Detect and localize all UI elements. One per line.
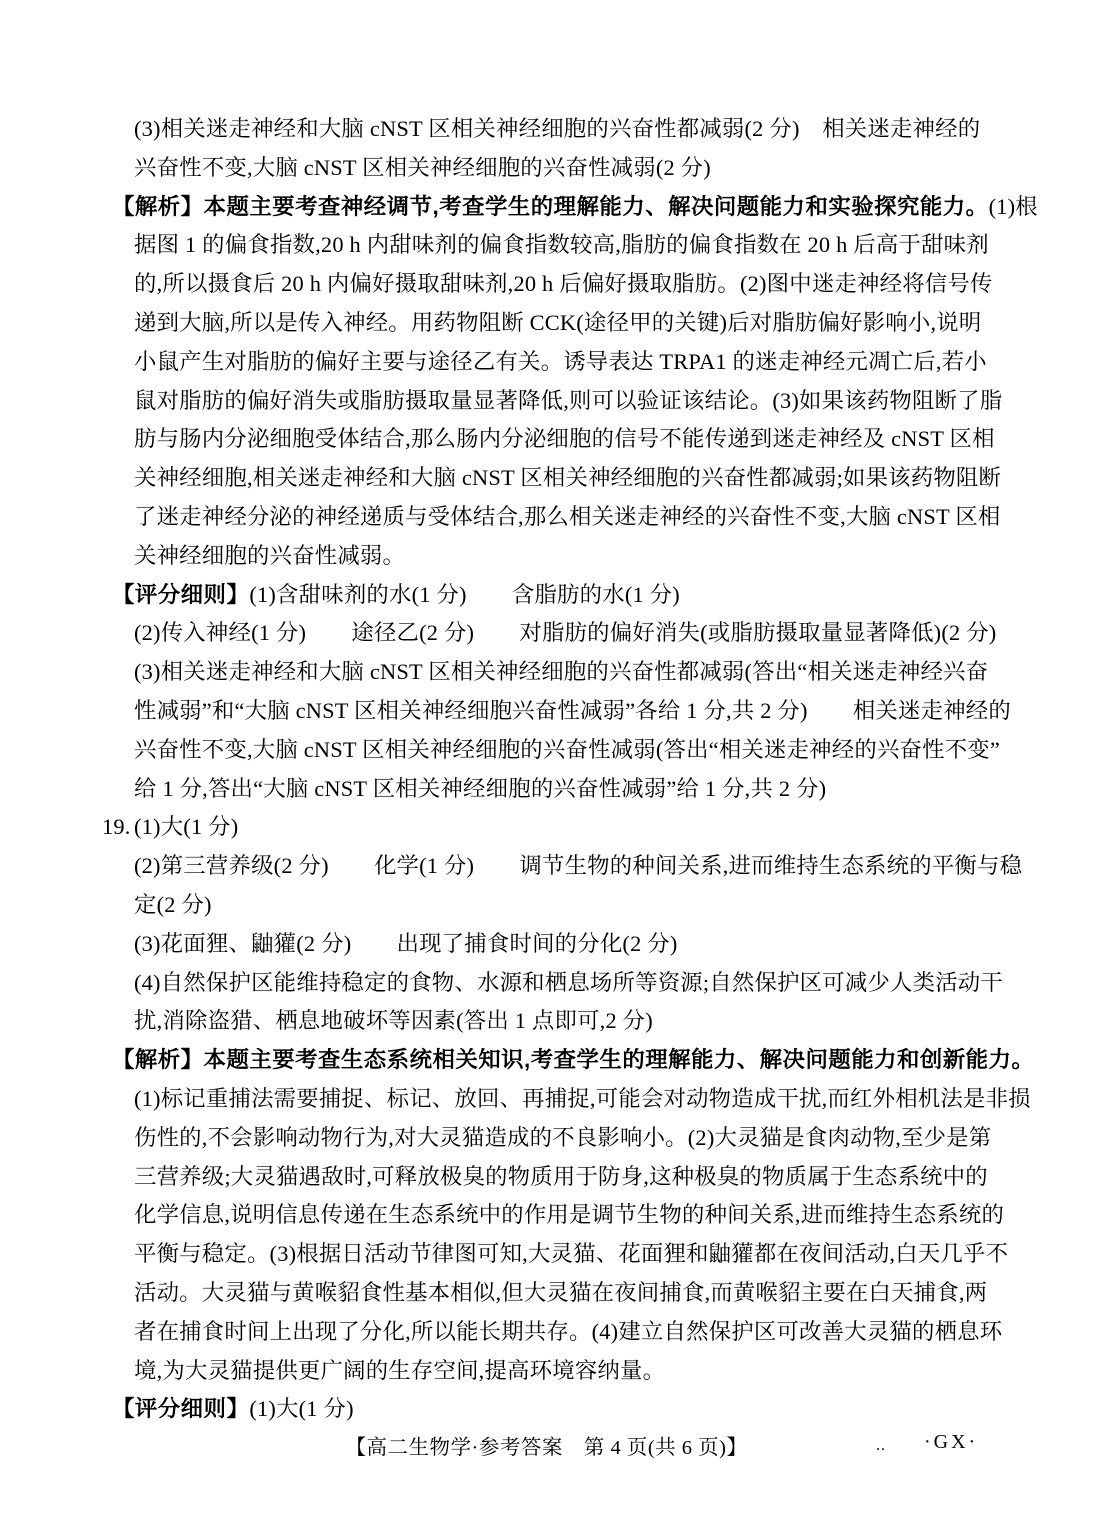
answer-text: 境,为大灵猫提供更广阔的生存空间,提高环境容纳量。 xyxy=(134,1358,665,1383)
footer-exam-code: ·GX· xyxy=(924,1431,978,1454)
text-line: (2)传入神经(1 分) 途径乙(2 分) 对脂肪的偏好消失(或脂肪摄取量显著降… xyxy=(134,614,996,653)
text-line: 境,为大灵猫提供更广阔的生存空间,提高环境容纳量。 xyxy=(134,1352,996,1391)
text-line: 平衡与稳定。(3)根据日活动节律图可知,大灵猫、花面狸和鼬獾都在夜间活动,白天几… xyxy=(134,1235,996,1274)
answer-text: (3)相关迷走神经和大脑 cNST 区相关神经细胞的兴奋性都减弱(2 分) 相关… xyxy=(134,116,980,141)
answer-text: 据图 1 的偏食指数,20 h 内甜味剂的偏食指数较高,脂肪的偏食指数在 20 … xyxy=(134,232,989,257)
footer-mark: .. xyxy=(876,1437,886,1455)
answer-text: 性减弱”和“大脑 cNST 区相关神经细胞兴奋性减弱”各给 1 分,共 2 分)… xyxy=(134,698,1011,723)
text-line: 19.(1)大(1 分) xyxy=(134,808,996,847)
answer-text: (2)第三营养级(2 分) 化学(1 分) 调节生物的种间关系,进而维持生态系统… xyxy=(134,853,1022,878)
text-line: 扰,消除盗猎、栖息地破坏等因素(答出 1 点即可,2 分) xyxy=(134,1002,996,1041)
answer-text: 活动。大灵猫与黄喉貂食性基本相似,但大灵猫在夜间捕食,而黄喉貂主要在白天捕食,两 xyxy=(134,1280,987,1305)
text-line: (2)第三营养级(2 分) 化学(1 分) 调节生物的种间关系,进而维持生态系统… xyxy=(134,847,996,886)
answer-text: 鼠对脂肪的偏好消失或脂肪摄取量显著降低,则可以验证该结论。(3)如果该药物阻断了… xyxy=(134,388,1002,413)
section-marker-text: 【评分细则】 xyxy=(112,582,249,607)
text-line: 【评分细则】(1)含甜味剂的水(1 分) 含脂肪的水(1 分) xyxy=(112,576,996,615)
text-line: 给 1 分,答出“大脑 cNST 区相关神经细胞的兴奋性减弱”给 1 分,共 2… xyxy=(134,770,996,809)
section-marker-text: 【解析】本题主要考查生态系统相关知识,考查学生的理解能力、解决问题能力和创新能力… xyxy=(112,1047,1034,1072)
text-line: 者在捕食时间上出现了分化,所以能长期共存。(4)建立自然保护区可改善大灵猫的栖息… xyxy=(134,1313,996,1352)
answer-text: 兴奋性不变,大脑 cNST 区相关神经细胞的兴奋性减弱(答出“相关迷走神经的兴奋… xyxy=(134,737,1000,762)
section-marker-text: 【解析】本题主要考查神经调节,考查学生的理解能力、解决问题能力和实验探究能力。 xyxy=(112,194,989,219)
text-line: 兴奋性不变,大脑 cNST 区相关神经细胞的兴奋性减弱(2 分) xyxy=(134,149,996,188)
text-line: (3)相关迷走神经和大脑 cNST 区相关神经细胞的兴奋性都减弱(2 分) 相关… xyxy=(134,110,996,149)
text-line: 三营养级;大灵猫遇敌时,可释放极臭的物质用于防身,这种极臭的物质属于生态系统中的 xyxy=(134,1158,996,1197)
answer-text: 伤性的,不会影响动物行为,对大灵猫造成的不良影响小。(2)大灵猫是食肉动物,至少… xyxy=(134,1125,991,1150)
answer-text: 给 1 分,答出“大脑 cNST 区相关神经细胞的兴奋性减弱”给 1 分,共 2… xyxy=(134,776,826,801)
answer-text: 肪与肠内分泌细胞受体结合,那么肠内分泌细胞的信号不能传递到迷走神经及 cNST … xyxy=(134,426,995,451)
text-line: 【评分细则】(1)大(1 分) xyxy=(112,1390,996,1429)
text-line: 关神经细胞的兴奋性减弱。 xyxy=(134,537,996,576)
answer-text: (4)自然保护区能维持稳定的食物、水源和栖息场所等资源;自然保护区可减少人类活动… xyxy=(134,970,1003,995)
text-line: 伤性的,不会影响动物行为,对大灵猫造成的不良影响小。(2)大灵猫是食肉动物,至少… xyxy=(134,1119,996,1158)
answer-text: 递到大脑,所以是传入神经。用药物阻断 CCK(途径甲的关键)后对脂肪偏好影响小,… xyxy=(134,310,981,335)
answer-text: (3)相关迷走神经和大脑 cNST 区相关神经细胞的兴奋性都减弱(答出“相关迷走… xyxy=(134,659,988,684)
text-line: 的,所以摄食后 20 h 内偏好摄取甜味剂,20 h 后偏好摄取脂肪。(2)图中… xyxy=(134,265,996,304)
page-body: (3)相关迷走神经和大脑 cNST 区相关神经细胞的兴奋性都减弱(2 分) 相关… xyxy=(134,110,996,1429)
text-line: 递到大脑,所以是传入神经。用药物阻断 CCK(途径甲的关键)后对脂肪偏好影响小,… xyxy=(134,304,996,343)
answer-text: (3)花面狸、鼬獾(2 分) 出现了捕食时间的分化(2 分) xyxy=(134,931,678,956)
answer-text: 小鼠产生对脂肪的偏好主要与途径乙有关。诱导表达 TRPA1 的迷走神经元凋亡后,… xyxy=(134,349,987,374)
text-line: 定(2 分) xyxy=(134,886,996,925)
answer-text: 关神经细胞,相关迷走神经和大脑 cNST 区相关神经细胞的兴奋性都减弱;如果该药… xyxy=(134,465,1001,490)
section-marker-text: 【评分细则】 xyxy=(112,1396,249,1421)
answer-text: (1)标记重捕法需要捕捉、标记、放回、再捕捉,可能会对动物造成干扰,而红外相机法… xyxy=(134,1086,1031,1111)
text-line: 据图 1 的偏食指数,20 h 内甜味剂的偏食指数较高,脂肪的偏食指数在 20 … xyxy=(134,226,996,265)
question-number: 19. xyxy=(102,808,131,847)
text-line: (1)标记重捕法需要捕捉、标记、放回、再捕捉,可能会对动物造成干扰,而红外相机法… xyxy=(134,1080,996,1119)
answer-text: 者在捕食时间上出现了分化,所以能长期共存。(4)建立自然保护区可改善大灵猫的栖息… xyxy=(134,1319,1002,1344)
text-line: 关神经细胞,相关迷走神经和大脑 cNST 区相关神经细胞的兴奋性都减弱;如果该药… xyxy=(134,459,996,498)
answer-text: 了迷走神经分泌的神经递质与受体结合,那么相关迷走神经的兴奋性不变,大脑 cNST… xyxy=(134,504,1001,529)
answer-text: (2)传入神经(1 分) 途径乙(2 分) 对脂肪的偏好消失(或脂肪摄取量显著降… xyxy=(134,620,996,645)
text-line: 【解析】本题主要考查神经调节,考查学生的理解能力、解决问题能力和实验探究能力。(… xyxy=(112,188,996,227)
answer-text: 定(2 分) xyxy=(134,892,212,917)
answer-text: 关神经细胞的兴奋性减弱。 xyxy=(134,543,405,568)
answer-text: (1)大(1 分) xyxy=(249,1396,353,1421)
answer-text: 扰,消除盗猎、栖息地破坏等因素(答出 1 点即可,2 分) xyxy=(134,1008,653,1033)
text-line: 肪与肠内分泌细胞受体结合,那么肠内分泌细胞的信号不能传递到迷走神经及 cNST … xyxy=(134,420,996,459)
text-line: 兴奋性不变,大脑 cNST 区相关神经细胞的兴奋性减弱(答出“相关迷走神经的兴奋… xyxy=(134,731,996,770)
text-line: 活动。大灵猫与黄喉貂食性基本相似,但大灵猫在夜间捕食,而黄喉貂主要在白天捕食,两 xyxy=(134,1274,996,1313)
answer-text: 的,所以摄食后 20 h 内偏好摄取甜味剂,20 h 后偏好摄取脂肪。(2)图中… xyxy=(134,271,993,296)
text-line: (3)花面狸、鼬獾(2 分) 出现了捕食时间的分化(2 分) xyxy=(134,925,996,964)
answer-text: 平衡与稳定。(3)根据日活动节律图可知,大灵猫、花面狸和鼬獾都在夜间活动,白天几… xyxy=(134,1241,1008,1266)
text-line: 化学信息,说明信息传递在生态系统中的作用是调节生物的种间关系,进而维持生态系统的 xyxy=(134,1196,996,1235)
text-line: 【解析】本题主要考查生态系统相关知识,考查学生的理解能力、解决问题能力和创新能力… xyxy=(112,1041,996,1080)
answer-key-page: (3)相关迷走神经和大脑 cNST 区相关神经细胞的兴奋性都减弱(2 分) 相关… xyxy=(0,0,1093,1536)
answer-text: 化学信息,说明信息传递在生态系统中的作用是调节生物的种间关系,进而维持生态系统的 xyxy=(134,1202,1004,1227)
answer-text: (1)大(1 分) xyxy=(134,814,238,839)
answer-text: (1)根 xyxy=(989,194,1038,219)
text-line: 小鼠产生对脂肪的偏好主要与途径乙有关。诱导表达 TRPA1 的迷走神经元凋亡后,… xyxy=(134,343,996,382)
answer-text: (1)含甜味剂的水(1 分) 含脂肪的水(1 分) xyxy=(249,582,680,607)
answer-text: 兴奋性不变,大脑 cNST 区相关神经细胞的兴奋性减弱(2 分) xyxy=(134,155,711,180)
answer-text: 三营养级;大灵猫遇敌时,可释放极臭的物质用于防身,这种极臭的物质属于生态系统中的 xyxy=(134,1164,988,1189)
text-line: 性减弱”和“大脑 cNST 区相关神经细胞兴奋性减弱”各给 1 分,共 2 分)… xyxy=(134,692,996,731)
text-line: 了迷走神经分泌的神经递质与受体结合,那么相关迷走神经的兴奋性不变,大脑 cNST… xyxy=(134,498,996,537)
text-line: (3)相关迷走神经和大脑 cNST 区相关神经细胞的兴奋性都减弱(答出“相关迷走… xyxy=(134,653,996,692)
text-line: 鼠对脂肪的偏好消失或脂肪摄取量显著降低,则可以验证该结论。(3)如果该药物阻断了… xyxy=(134,382,996,421)
text-line: (4)自然保护区能维持稳定的食物、水源和栖息场所等资源;自然保护区可减少人类活动… xyxy=(134,964,996,1003)
